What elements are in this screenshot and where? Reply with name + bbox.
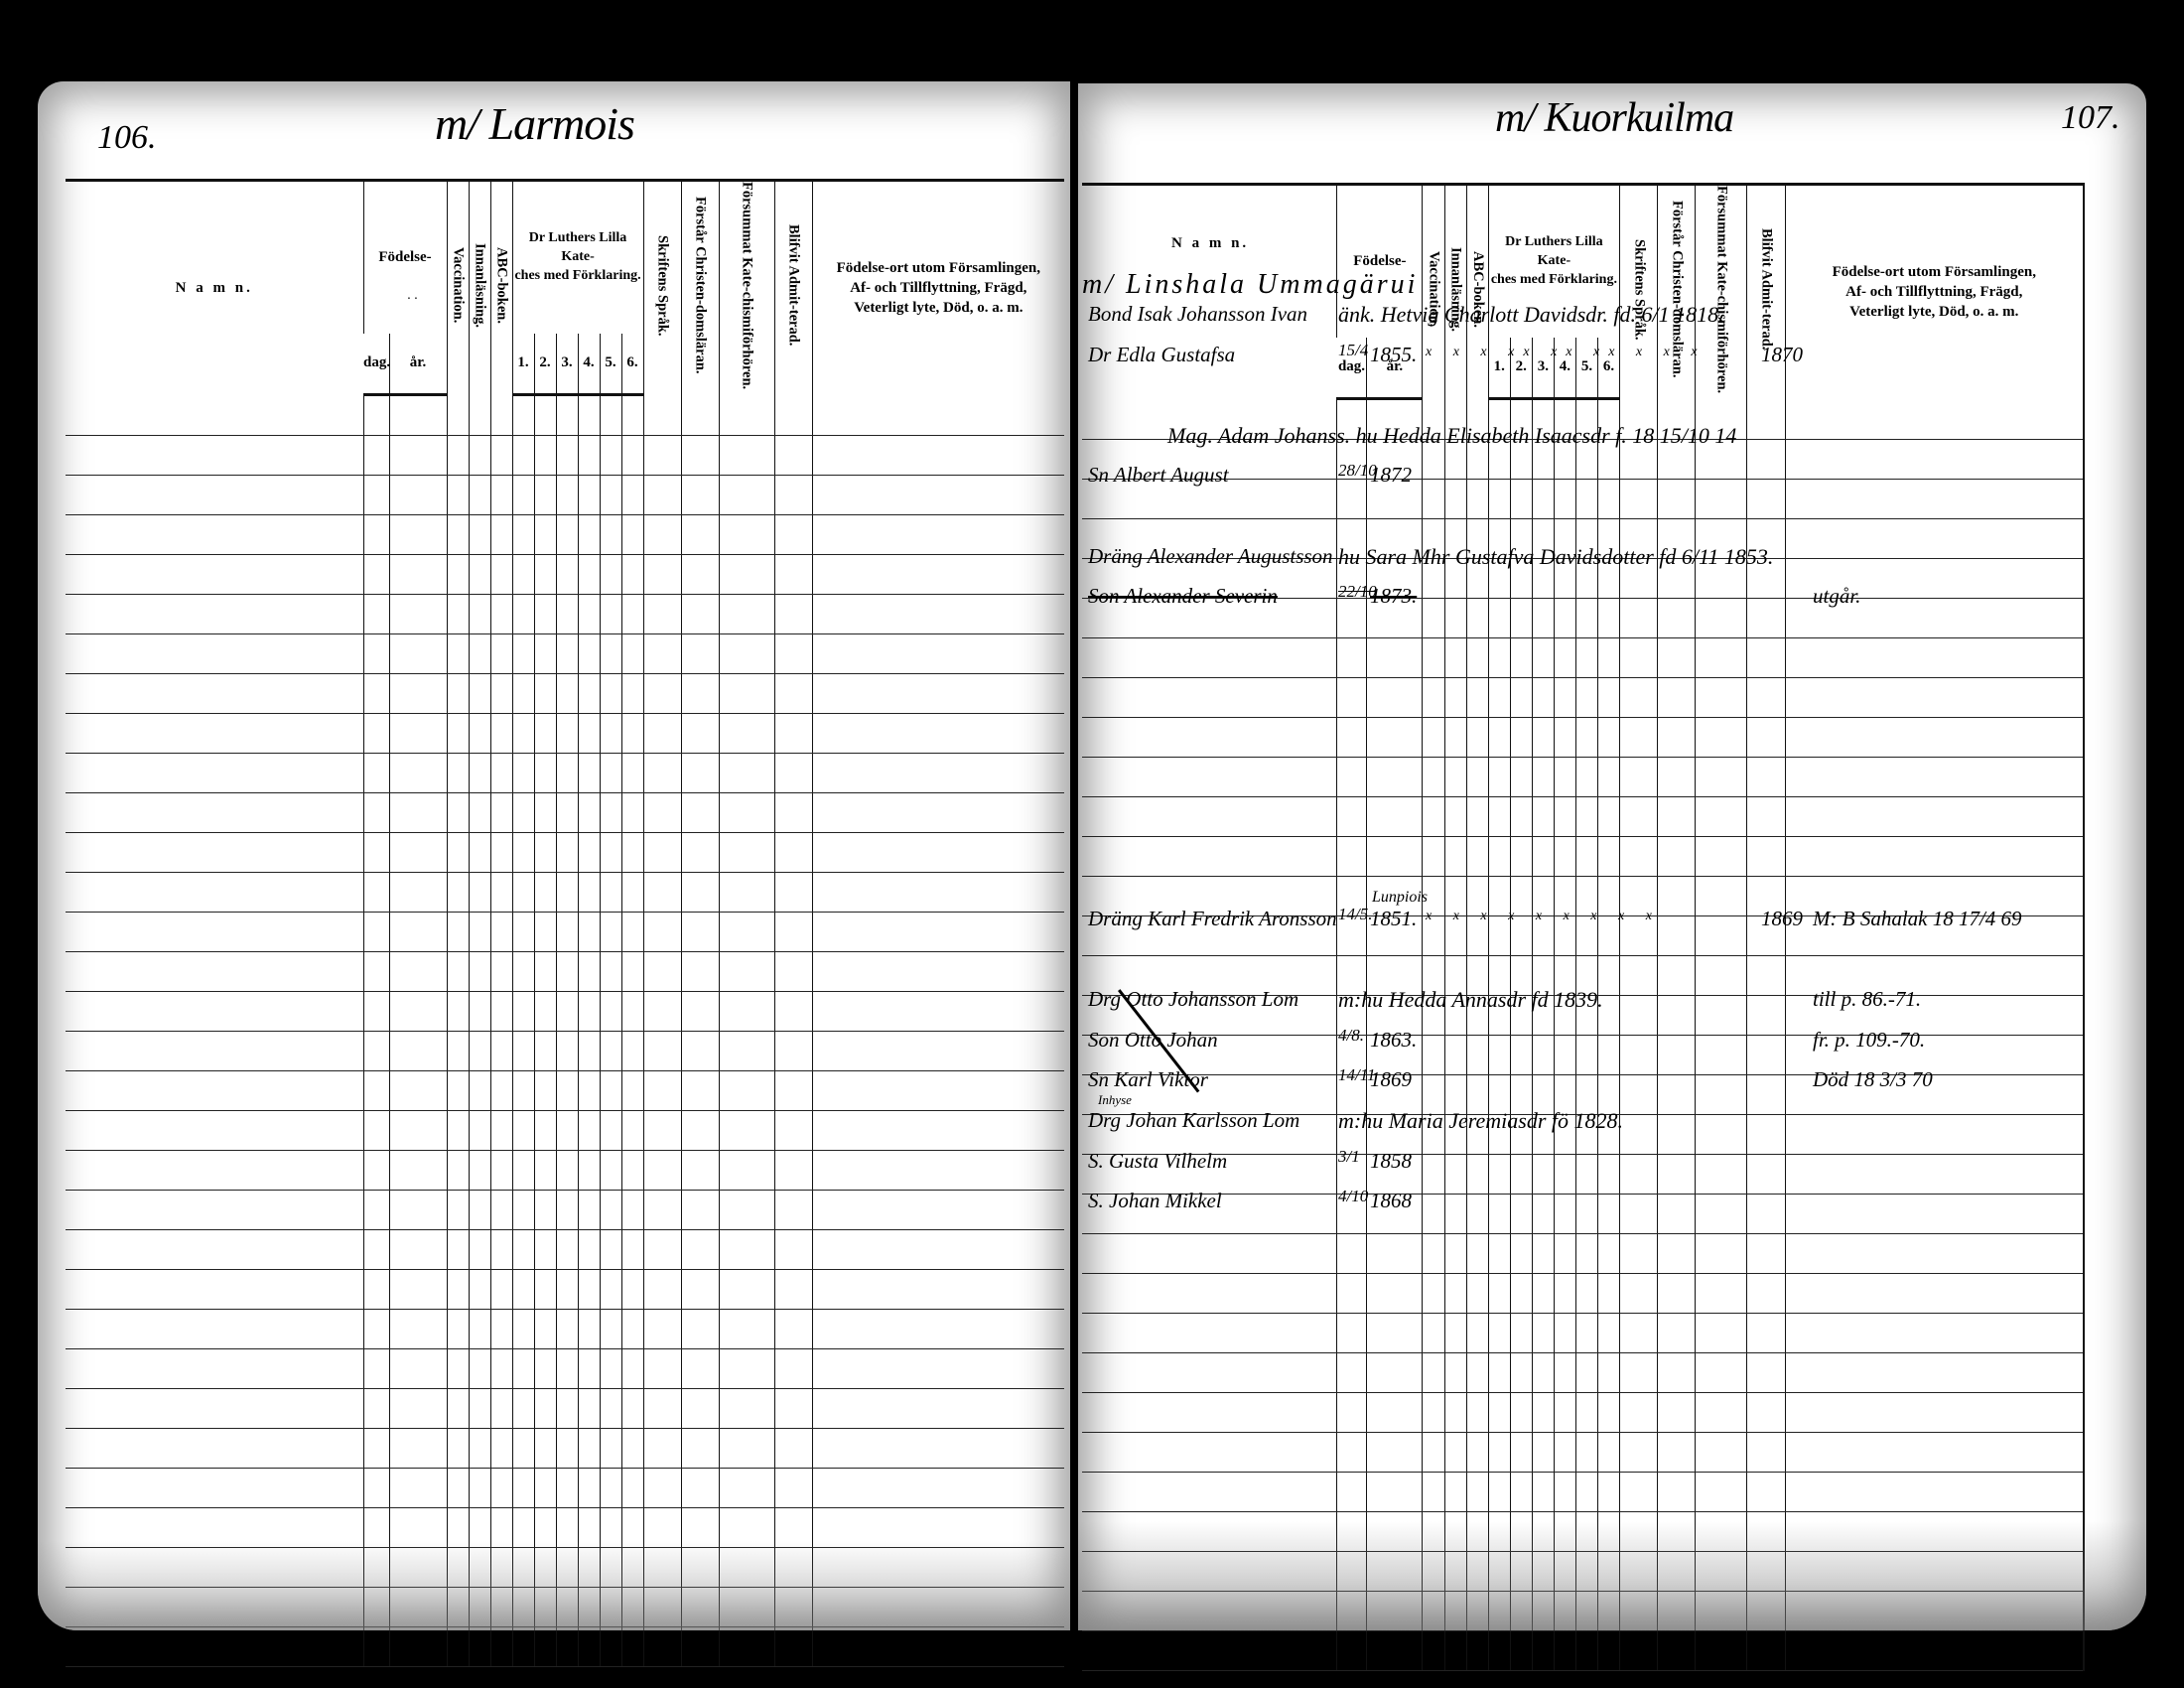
register-cell [1658,1591,1696,1630]
register-cell [578,435,600,475]
register-cell [1466,1035,1488,1074]
register-cell [681,1547,719,1587]
register-cell [1488,1392,1510,1432]
register-cell [621,594,643,633]
register-cell [1554,398,1575,439]
register-cell [389,475,447,514]
register-cell [363,1309,389,1348]
register-cell [578,1269,600,1309]
register-cell [556,792,578,832]
register-cell [512,1269,534,1309]
register-cell [1696,1233,1747,1273]
register-cell [1658,558,1696,598]
register-cell [1337,876,1367,915]
register-cell [812,673,1064,713]
register-cell [621,713,643,753]
register-cell [1367,558,1423,598]
register-cell [621,1190,643,1229]
register-row [1082,1392,2084,1432]
register-cell [1510,598,1532,637]
register-cell [719,1031,774,1070]
register-cell [512,1507,534,1547]
register-cell [1510,1194,1532,1233]
register-cell [719,912,774,951]
register-cell [556,1626,578,1666]
register-cell [1510,1511,1532,1551]
register-cell [1466,836,1488,876]
register-cell [621,1110,643,1150]
register-cell [1466,1194,1488,1233]
register-cell [1488,757,1510,796]
register-cell [1466,1313,1488,1352]
register-cell [1488,1551,1510,1591]
register-cell [1510,518,1532,558]
register-cell [534,1190,556,1229]
register-cell [556,1428,578,1468]
register-cell [363,594,389,633]
register-row [66,1587,1064,1626]
register-cell [1337,757,1367,796]
register-cell [1337,1392,1367,1432]
register-cell [1444,1273,1466,1313]
register-cell [1554,796,1575,836]
register-cell [578,753,600,792]
register-cell [1444,1313,1466,1352]
register-cell [719,1110,774,1150]
register-cell [1423,1194,1444,1233]
register-cell [774,1110,812,1150]
register-cell [1532,1511,1554,1551]
register-cell [1747,1630,1785,1670]
register-cell [719,1269,774,1309]
register-cell [1337,1551,1367,1591]
register-cell [1597,479,1619,518]
register-cell [1444,836,1466,876]
register-cell [719,872,774,912]
register-cell [469,1190,490,1229]
register-cell [66,554,363,594]
register-cell [1658,677,1696,717]
register-cell [719,554,774,594]
register-cell [1658,1154,1696,1194]
register-cell [812,1507,1064,1547]
register-cell [1532,796,1554,836]
register-cell [600,1190,621,1229]
register-cell [1554,1432,1575,1472]
register-cell [1532,876,1554,915]
register-cell [1367,1194,1423,1233]
register-cell [681,1587,719,1626]
register-cell [1488,995,1510,1035]
register-cell [1658,717,1696,757]
register-cell [1337,677,1367,717]
register-cell [534,1269,556,1309]
register-cell [1466,637,1488,677]
register-row [66,753,1064,792]
register-cell [1082,915,1337,955]
register-cell [1367,1035,1423,1074]
register-cell [1444,1074,1466,1114]
register-cell [1658,1035,1696,1074]
register-cell [621,514,643,554]
register-cell [1696,1194,1747,1233]
register-cell [1785,598,2084,637]
register-cell [447,1229,469,1269]
register-cell [1337,1472,1367,1511]
register-row [1082,836,2084,876]
register-cell [490,792,512,832]
register-cell [1575,1035,1597,1074]
register-cell [600,951,621,991]
header-innanlasning: Innanläsning. [1447,247,1462,332]
register-cell [1444,558,1466,598]
header-katekes-5: 5. [600,334,621,395]
register-cell [719,594,774,633]
register-cell [490,912,512,951]
register-cell [1444,637,1466,677]
register-cell [1575,1074,1597,1114]
register-cell [578,394,600,435]
register-cell [774,1070,812,1110]
register-cell [1747,1114,1785,1154]
register-cell [1466,598,1488,637]
register-cell [447,1388,469,1428]
register-cell [447,753,469,792]
register-cell [1444,915,1466,955]
register-cell [1747,1551,1785,1591]
register-cell [534,1229,556,1269]
register-cell [534,633,556,673]
header-katekes-6: 6. [621,334,643,395]
register-cell [774,673,812,713]
register-cell [1597,1432,1619,1472]
register-cell [1082,1630,1337,1670]
register-cell [812,1468,1064,1507]
register-cell [1658,995,1696,1035]
register-cell [774,1190,812,1229]
register-cell [1444,1233,1466,1273]
register-cell [1696,1352,1747,1392]
register-cell [389,673,447,713]
register-cell [812,1626,1064,1666]
register-cell [66,1547,363,1587]
register-cell [469,1031,490,1070]
register-cell [66,991,363,1031]
register-cell [363,1428,389,1468]
register-cell [512,912,534,951]
register-cell [1554,717,1575,757]
register-cell [600,1388,621,1428]
register-cell [812,554,1064,594]
register-cell [1444,876,1466,915]
register-cell [719,713,774,753]
register-cell [1554,518,1575,558]
register-cell [1337,1273,1367,1313]
register-cell [1466,1154,1488,1194]
register-cell [512,514,534,554]
register-cell [1510,955,1532,995]
register-cell [1532,757,1554,796]
register-cell [1337,1114,1367,1154]
register-cell [1337,598,1367,637]
register-cell [66,1110,363,1150]
register-cell [1423,1313,1444,1352]
register-cell [1423,518,1444,558]
register-cell [1082,518,1337,558]
register-cell [1785,1432,2084,1472]
register-cell [1696,1472,1747,1511]
register-cell [774,435,812,475]
register-cell [469,753,490,792]
register-cell [774,1507,812,1547]
register-cell [1082,796,1337,836]
register-cell [774,1468,812,1507]
register-cell [1785,1352,2084,1392]
register-cell [1554,1074,1575,1114]
register-cell [1554,1154,1575,1194]
register-cell [1575,1472,1597,1511]
register-cell [1488,955,1510,995]
register-cell [469,832,490,872]
register-cell [774,753,812,792]
register-cell [1575,479,1597,518]
register-cell [66,435,363,475]
register-cell [1337,1233,1367,1273]
register-cell [621,394,643,435]
register-cell [600,673,621,713]
register-row [66,1547,1064,1587]
register-cell [1466,1432,1488,1472]
register-cell [1785,955,2084,995]
register-cell [1466,1114,1488,1154]
register-cell [621,1309,643,1348]
register-cell [1575,915,1597,955]
register-cell [447,832,469,872]
register-row [66,1110,1064,1150]
register-cell [556,594,578,633]
register-cell [1466,479,1488,518]
register-cell [1597,836,1619,876]
register-cell [469,1428,490,1468]
register-cell [556,832,578,872]
register-cell [1696,955,1747,995]
register-cell [1554,479,1575,518]
register-cell [534,1150,556,1190]
register-cell [66,514,363,554]
register-cell [556,1587,578,1626]
register-cell [1597,1630,1619,1670]
header-forstar: Förstår Christen-domsläran. [692,197,707,374]
register-cell [556,713,578,753]
register-cell [1337,955,1367,995]
register-cell [1510,558,1532,598]
register-cell [1658,1273,1696,1313]
register-cell [66,792,363,832]
register-cell [490,832,512,872]
register-cell [1466,876,1488,915]
register-cell [643,1190,681,1229]
register-cell [600,514,621,554]
register-cell [600,594,621,633]
register-cell [1696,598,1747,637]
register-row [66,594,1064,633]
register-cell [1423,439,1444,479]
register-cell [1747,1154,1785,1194]
register-cell [1532,637,1554,677]
header-dag: dag. [363,334,389,395]
register-cell [1082,1194,1337,1233]
register-cell [774,633,812,673]
register-cell [1367,637,1423,677]
register-cell [1082,955,1337,995]
register-cell [363,514,389,554]
register-cell [534,1070,556,1110]
register-cell [556,1468,578,1507]
register-cell [600,753,621,792]
register-cell [719,435,774,475]
register-cell [363,1150,389,1190]
register-cell [1575,955,1597,995]
register-cell [1620,836,1658,876]
header-fodelse: Födelse- [363,181,447,334]
register-row [1082,1511,2084,1551]
register-cell [389,713,447,753]
register-cell [1747,915,1785,955]
register-cell [469,713,490,753]
register-cell [534,713,556,753]
register-cell [363,1110,389,1150]
register-cell [1620,1114,1658,1154]
register-cell [1510,439,1532,479]
register-cell [556,394,578,435]
register-cell [1658,955,1696,995]
register-cell [1444,1591,1466,1630]
register-cell [600,1587,621,1626]
register-cell [719,1626,774,1666]
register-cell [643,753,681,792]
register-cell [1367,677,1423,717]
header-fodelseort: Födelse-ort utom Församlingen, Af- och T… [812,181,1064,395]
register-cell [621,1348,643,1388]
register-cell [1423,558,1444,598]
register-cell [447,633,469,673]
register-cell [1696,1392,1747,1432]
register-row [1082,1233,2084,1273]
register-cell [1082,836,1337,876]
register-cell [1620,1035,1658,1074]
register-cell [1367,1273,1423,1313]
register-cell [1620,915,1658,955]
register-cell [1367,1472,1423,1511]
register-cell [1575,1551,1597,1591]
header-fodelseort: Födelse-ort utom Församlingen, Af- och T… [1785,185,2084,399]
register-cell [1423,637,1444,677]
register-row [66,1309,1064,1348]
register-cell [1510,1392,1532,1432]
register-cell [534,1428,556,1468]
register-cell [719,394,774,435]
register-cell [389,832,447,872]
register-cell [1785,439,2084,479]
register-cell [512,1547,534,1587]
register-cell [1367,796,1423,836]
register-cell [1423,1035,1444,1074]
register-cell [1554,1591,1575,1630]
register-cell [447,1190,469,1229]
register-cell [1554,955,1575,995]
header-katekes-1: 1. [512,334,534,395]
register-cell [1696,518,1747,558]
register-cell [1488,796,1510,836]
register-cell [490,1070,512,1110]
header-katekes-2: 2. [1510,338,1532,399]
register-cell [1444,398,1466,439]
register-cell [1620,1273,1658,1313]
register-cell [534,554,556,594]
register-cell [1620,876,1658,915]
register-cell [643,1110,681,1150]
register-cell [1658,1352,1696,1392]
register-cell [469,1150,490,1190]
register-cell [1082,677,1337,717]
register-cell [490,1190,512,1229]
register-cell [1620,1551,1658,1591]
register-cell [389,1269,447,1309]
register-cell [1554,558,1575,598]
register-row [66,832,1064,872]
register-cell [1367,479,1423,518]
register-cell [490,475,512,514]
register-row [66,1507,1064,1547]
register-cell [812,872,1064,912]
stray-ink-marks: · · [407,292,418,308]
register-cell [621,1507,643,1547]
register-cell [1620,558,1658,598]
register-cell [681,1428,719,1468]
register-cell [1575,598,1597,637]
register-cell [363,1626,389,1666]
register-cell [1423,836,1444,876]
register-cell [512,1110,534,1150]
register-cell [1747,1472,1785,1511]
register-cell [1575,1591,1597,1630]
register-cell [1696,717,1747,757]
register-row [1082,1313,2084,1352]
register-cell [1337,1591,1367,1630]
register-cell [447,912,469,951]
register-cell [600,394,621,435]
register-cell [774,1626,812,1666]
register-cell [1554,757,1575,796]
register-cell [1696,1114,1747,1154]
register-cell [1082,637,1337,677]
register-cell [621,1269,643,1309]
register-cell [621,1388,643,1428]
register-cell [1785,876,2084,915]
register-cell [719,1348,774,1388]
register-cell [1466,677,1488,717]
register-cell [1082,717,1337,757]
register-row [66,475,1064,514]
register-cell [469,594,490,633]
register-cell [556,991,578,1031]
register-cell [556,1070,578,1110]
register-cell [1747,955,1785,995]
register-cell [490,1547,512,1587]
register-cell [447,1587,469,1626]
register-cell [389,394,447,435]
register-cell [1510,1591,1532,1630]
